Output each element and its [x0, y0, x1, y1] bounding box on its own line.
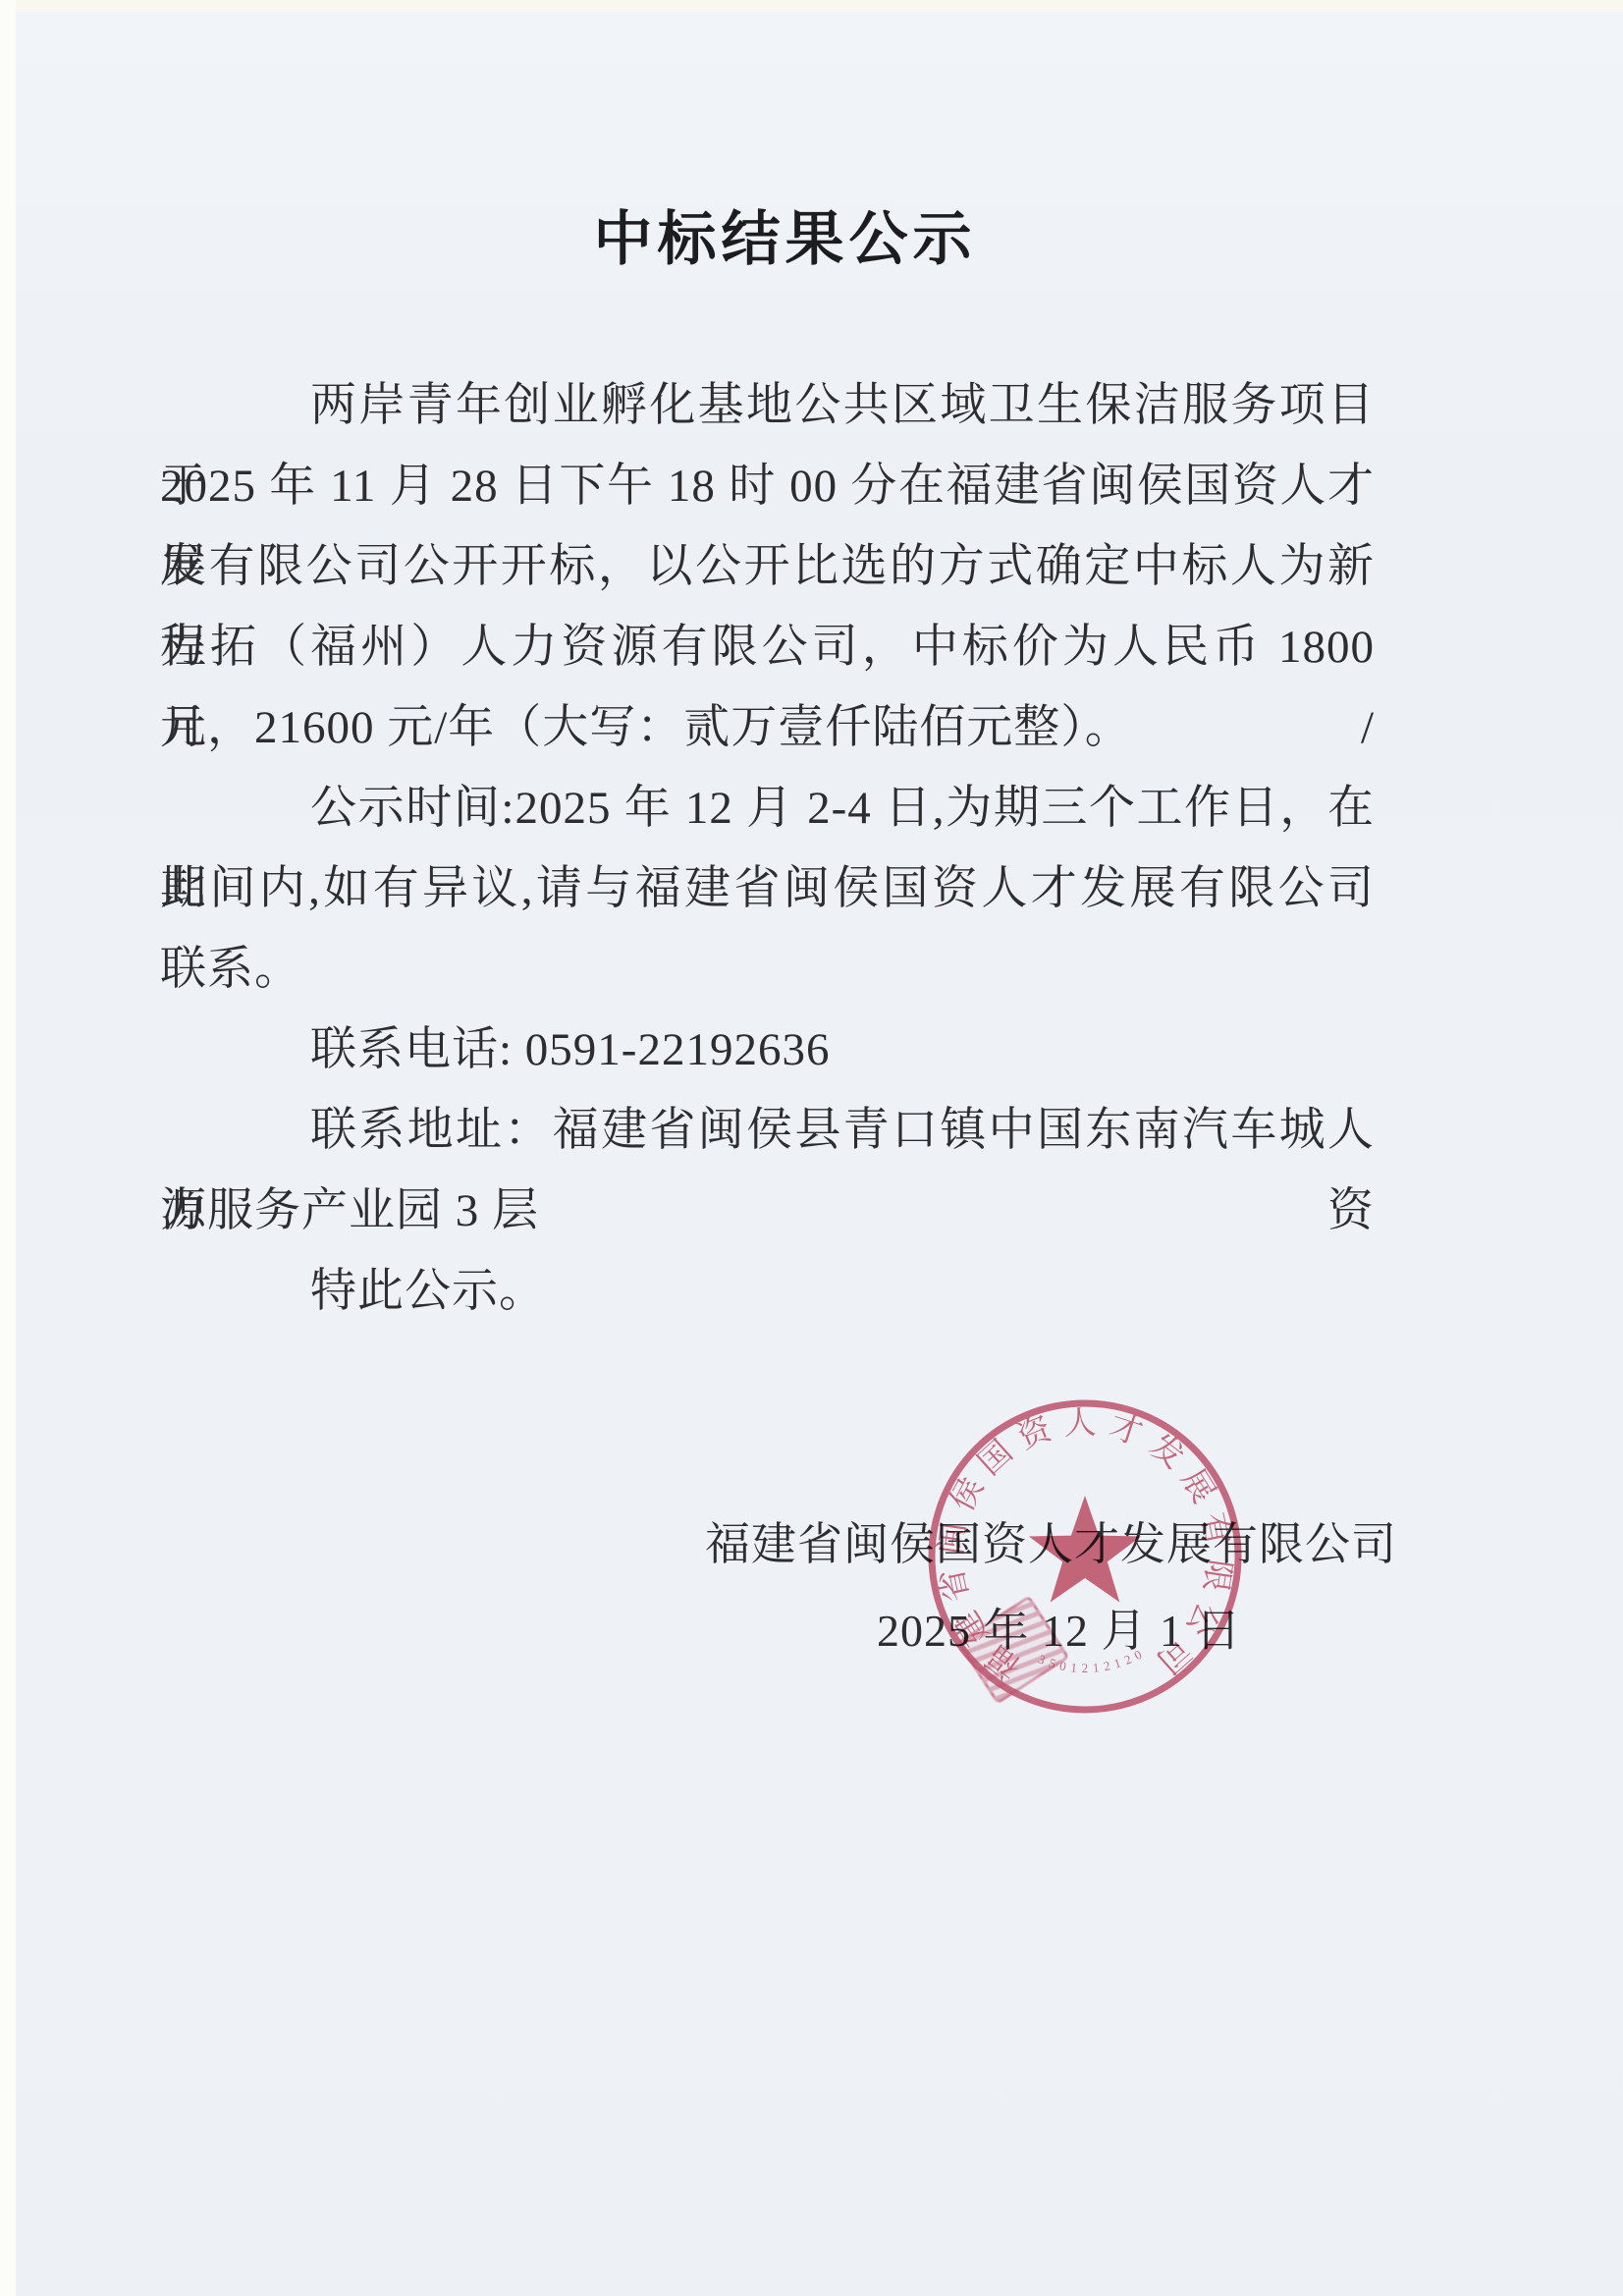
body-line-7: 期间内,如有异议,请与福建省闽侯国资人才发展有限公司 [160, 848, 1375, 929]
body-line-2: 2025 年 11 月 28 日下午 18 时 00 分在福建省闽侯国资人才发 [160, 446, 1375, 526]
scan-edge-top [0, 0, 1623, 12]
body-line-8: 联系。 [160, 929, 1375, 1010]
scanned-document-page: 中标结果公示 两岸青年创业孵化基地公共区域卫生保洁服务项目于 2025 年 11… [0, 0, 1623, 2296]
body-line-1: 两岸青年创业孵化基地公共区域卫生保洁服务项目于 [160, 365, 1375, 446]
document-title: 中标结果公示 [178, 192, 1392, 277]
seal-star-icon [1029, 1496, 1141, 1603]
body-line-3: 展有限公司公开开标，以公开比选的方式确定中标人为新程 [160, 526, 1375, 607]
seal-graphic: 福建省闽侯国资人才发展有限公司 35012121208432 [923, 1394, 1247, 1719]
official-red-seal: 福建省闽侯国资人才发展有限公司 35012121208432 [923, 1394, 1247, 1719]
body-line-4: 力拓（福州）人力资源有限公司，中标价为人民币 1800 元/ [160, 607, 1375, 687]
body-line-12: 特此公示。 [160, 1251, 1375, 1332]
body-line-6: 公示时间:2025 年 12 月 2-4 日,为期三个工作日，在此 [160, 768, 1375, 848]
body-line-phone: 联系电话: 0591-22192636 [160, 1010, 1375, 1090]
scan-edge-left [0, 0, 16, 2296]
body-line-address: 联系地址：福建省闽侯县青口镇中国东南汽车城人力资 [160, 1090, 1375, 1171]
document-body: 两岸青年创业孵化基地公共区域卫生保洁服务项目于 2025 年 11 月 28 日… [160, 365, 1375, 1332]
